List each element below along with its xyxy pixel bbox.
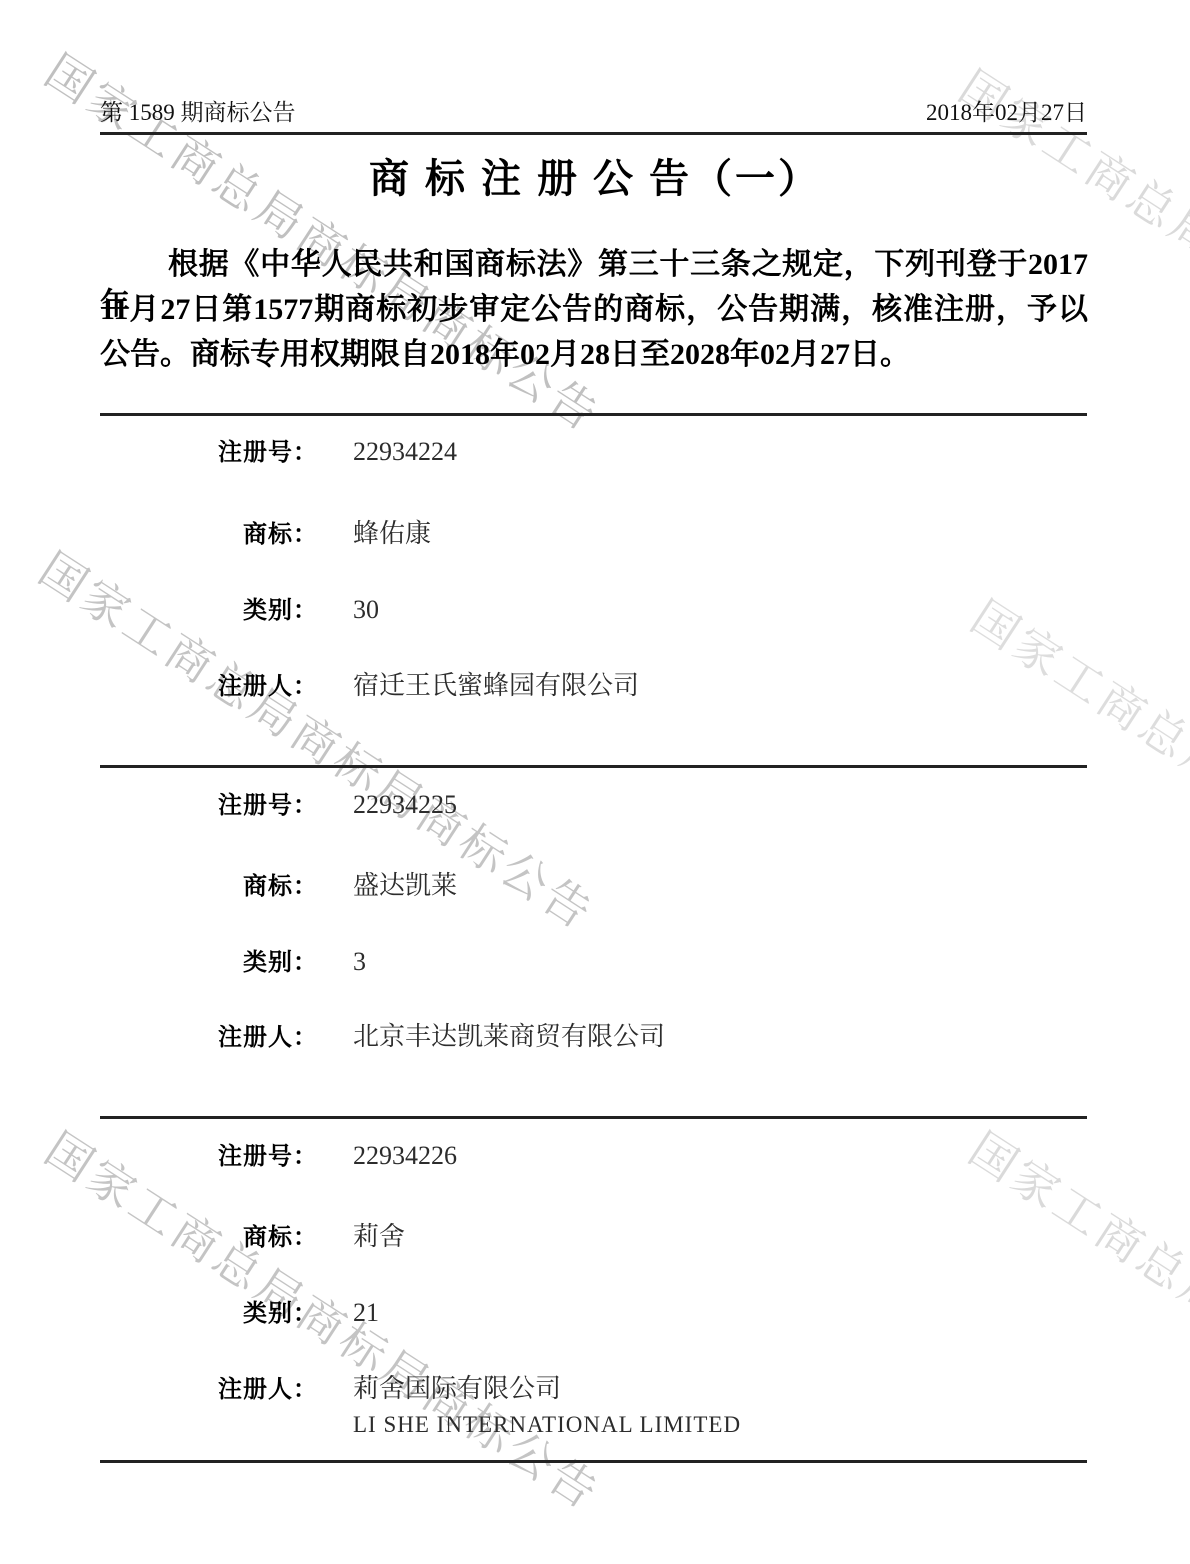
intro-paragraph-line: 11月27日第1577期商标初步审定公告的商标，公告期满，核准注册，予以 [100,290,1088,330]
entry-separator-rule [100,413,1087,416]
field-row-reg-no: 注册号： 22934224 [100,432,1088,467]
intro-paragraph-line: 公告。商标专用权期限自2018年02月28日至2028年02月27日。 [100,335,1088,375]
field-row-reg-no: 注册号： 22934226 [100,1136,1088,1171]
trademark-label: 商标： [100,866,318,901]
header-rule [100,132,1087,135]
entry-separator-rule [100,1116,1087,1119]
category-label: 类别： [100,590,318,625]
field-row-category: 类别： 3 [100,942,1088,977]
field-row-category: 类别： 30 [100,590,1088,625]
field-row-registrant: 注册人： 北京丰达凯莱商贸有限公司 [100,1016,1088,1053]
category-value: 30 [353,595,379,625]
category-value: 3 [353,947,366,977]
page-title: 商 标 注 册 公 告（一） [0,147,1190,204]
category-label: 类别： [100,1293,318,1328]
trademark-value: 蜂佑康 [353,513,431,550]
gazette-date: 2018年02月27日 [926,94,1087,127]
reg-no-value: 22934226 [353,1141,457,1171]
field-row-trademark: 商标： 莉舍 [100,1216,1088,1253]
entry-separator-rule [100,765,1087,768]
registrant-label: 注册人： [100,666,318,701]
registrant-en-value: LI SHE INTERNATIONAL LIMITED [353,1412,741,1438]
reg-no-label: 注册号： [100,432,318,467]
registrant-label: 注册人： [100,1369,318,1404]
reg-no-label: 注册号： [100,1136,318,1171]
category-label: 类别： [100,942,318,977]
gazette-page: { "document": { "issue_label": "第 1589 期… [0,0,1190,1564]
registrant-value: 宿迁王氏蜜蜂园有限公司 [353,665,639,702]
gazette-issue-label: 第 1589 期商标公告 [100,94,296,127]
field-row-trademark: 商标： 蜂佑康 [100,513,1088,550]
field-row-registrant: 注册人： 莉舍国际有限公司 [100,1368,1088,1405]
registrant-value: 北京丰达凯莱商贸有限公司 [353,1016,665,1053]
reg-no-value: 22934225 [353,790,457,820]
reg-no-label: 注册号： [100,785,318,820]
registrant-value: 莉舍国际有限公司 [353,1368,561,1405]
trademark-value: 莉舍 [353,1216,405,1253]
reg-no-value: 22934224 [353,437,457,467]
field-row-category: 类别： 21 [100,1293,1088,1328]
bottom-rule [100,1460,1087,1463]
field-row-trademark: 商标： 盛达凯莱 [100,865,1088,902]
field-row-registrant: 注册人： 宿迁王氏蜜蜂园有限公司 [100,665,1088,702]
trademark-label: 商标： [100,514,318,549]
field-row-reg-no: 注册号： 22934225 [100,785,1088,820]
registrant-label: 注册人： [100,1017,318,1052]
trademark-value: 盛达凯莱 [353,865,457,902]
trademark-label: 商标： [100,1217,318,1252]
category-value: 21 [353,1298,379,1328]
